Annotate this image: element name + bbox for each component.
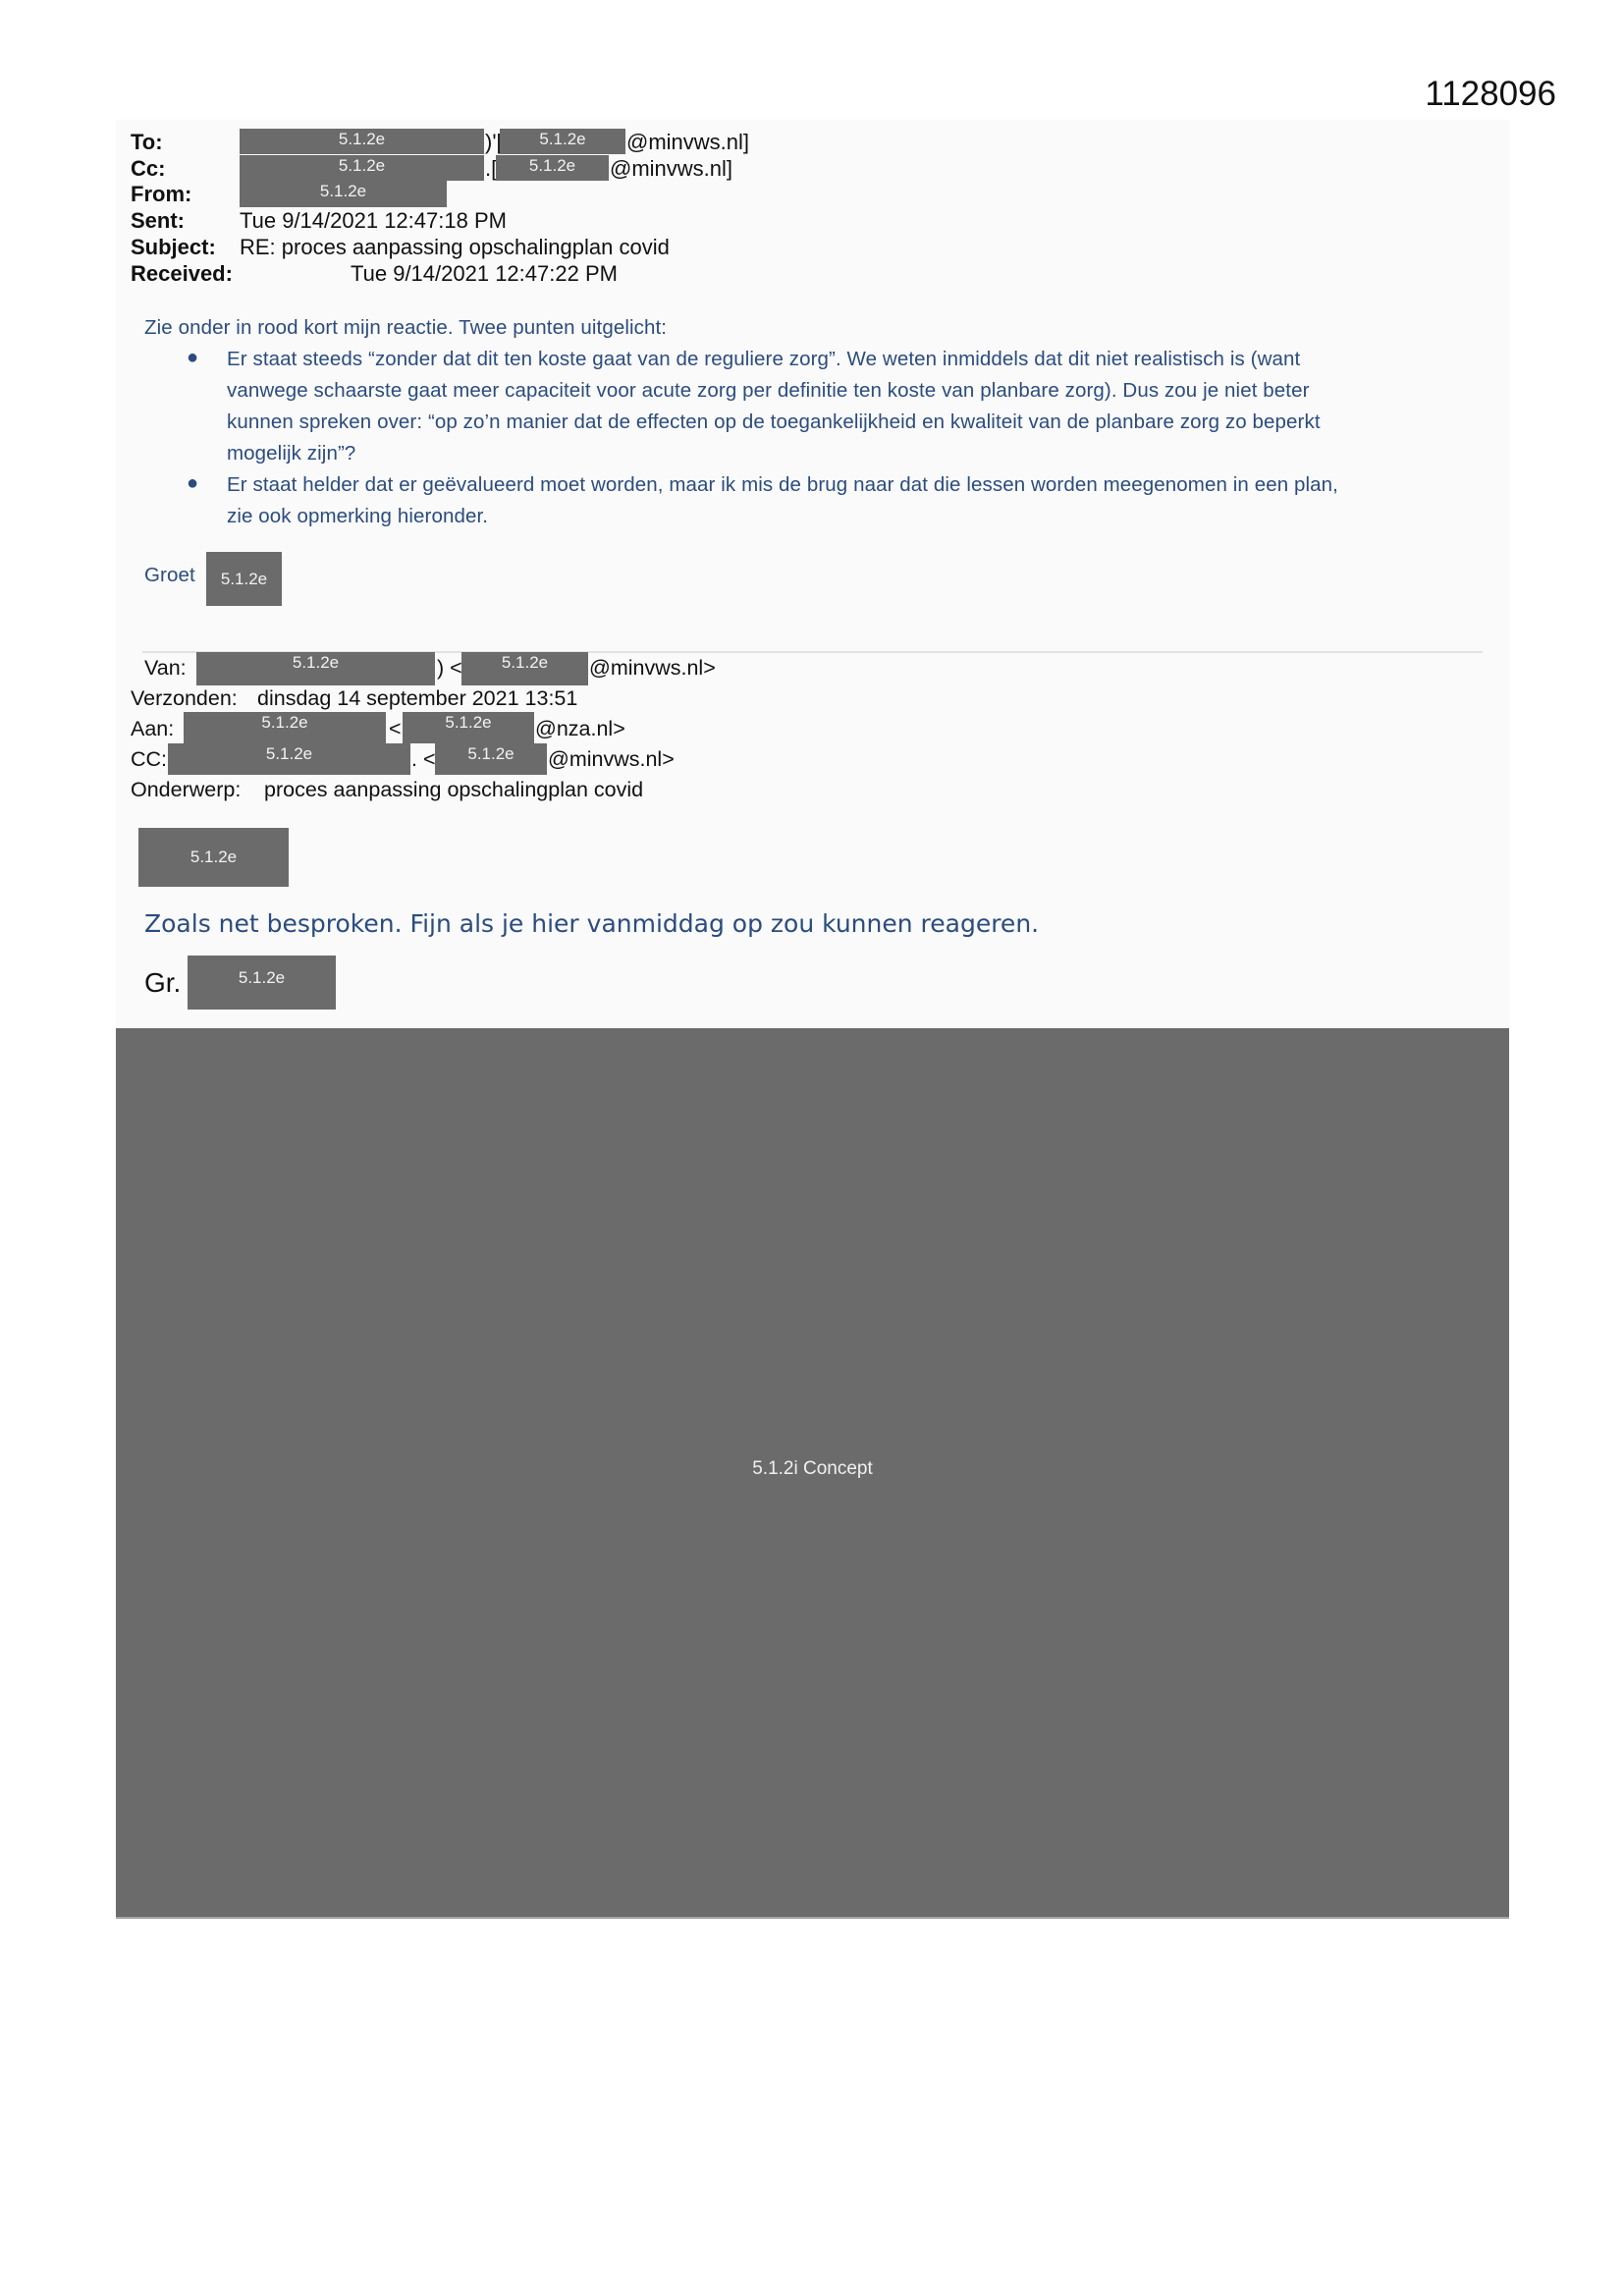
redacted-signature: 5.1.2e [206, 552, 282, 606]
cc-domain-forwarded: @minvws.nl> [548, 747, 675, 772]
sent-value: Tue 9/14/2021 12:47:18 PM [240, 208, 507, 234]
verzonden-label: Verzonden: [131, 686, 238, 711]
cc-label: Cc: [131, 156, 165, 182]
redacted-attachment-label: 5.1.2i Concept [116, 1458, 1509, 1480]
document-id: 1128096 [1425, 75, 1556, 114]
aan-domain: @nza.nl> [535, 717, 625, 741]
bullet-icon: ● [187, 347, 198, 369]
subject-value: RE: proces aanpassing opschalingplan cov… [240, 235, 670, 260]
aan-separator: < [389, 717, 402, 741]
to-label: To: [131, 130, 163, 155]
redacted-to-name: 5.1.2e [240, 129, 484, 154]
van-separator: ) < [437, 656, 462, 681]
redacted-to-address: 5.1.2e [500, 129, 625, 154]
redacted-cc-address: 5.1.2e [496, 155, 609, 181]
bullet-2-line-1: Er staat helder dat er geëvalueerd moet … [227, 473, 1338, 497]
bullet-1-line-3: kunnen spreken over: “op zo’n manier dat… [227, 410, 1321, 434]
van-domain: @minvws.nl> [589, 656, 716, 681]
cc-label-forwarded: CC: [131, 747, 167, 772]
to-domain: @minvws.nl] [626, 130, 749, 155]
verzonden-value: dinsdag 14 september 2021 13:51 [257, 686, 577, 711]
redacted-aan-address: 5.1.2e [403, 712, 534, 743]
redacted-from: 5.1.2e [240, 181, 447, 207]
reply-intro: Zie onder in rood kort mijn reactie. Twe… [144, 316, 667, 340]
onderwerp-value: proces aanpassing opschalingplan covid [264, 778, 643, 802]
received-label: Received: [131, 261, 233, 287]
van-label: Van: [144, 656, 187, 681]
redacted-cc-name: 5.1.2e [240, 155, 484, 181]
redacted-van-address: 5.1.2e [461, 652, 588, 685]
redacted-aan-name: 5.1.2e [184, 712, 386, 743]
redacted-attachment: 5.1.2i Concept [116, 1028, 1509, 1919]
reply-closing: Groet [144, 564, 195, 587]
aan-label: Aan: [131, 717, 174, 741]
redacted-sender-signature: 5.1.2e [188, 956, 336, 1010]
bullet-1-line-4: mogelijk zijn”? [227, 442, 355, 465]
onderwerp-label: Onderwerp: [131, 778, 241, 802]
redacted-cc-name-forwarded: 5.1.2e [168, 743, 410, 775]
bullet-icon: ● [187, 472, 198, 495]
cc-separator-forwarded: . < [411, 747, 436, 772]
cc-domain: @minvws.nl] [610, 156, 732, 182]
subject-label: Subject: [131, 235, 216, 260]
from-label: From: [131, 182, 191, 207]
redacted-van-name: 5.1.2e [196, 652, 435, 685]
redacted-cc-address-forwarded: 5.1.2e [435, 743, 547, 775]
bullet-1-line-1: Er staat steeds “zonder dat dit ten kost… [227, 348, 1300, 371]
received-value: Tue 9/14/2021 12:47:22 PM [351, 261, 618, 287]
sent-label: Sent: [131, 208, 185, 234]
original-closing: Gr. [144, 967, 181, 999]
bullet-2-line-2: zie ook opmerking hieronder. [227, 505, 488, 528]
redacted-salutation: 5.1.2e [138, 828, 289, 887]
bullet-1-line-2: vanwege schaarste gaat meer capaciteit v… [227, 379, 1310, 403]
original-message-text: Zoals net besproken. Fijn als je hier va… [144, 909, 1039, 938]
